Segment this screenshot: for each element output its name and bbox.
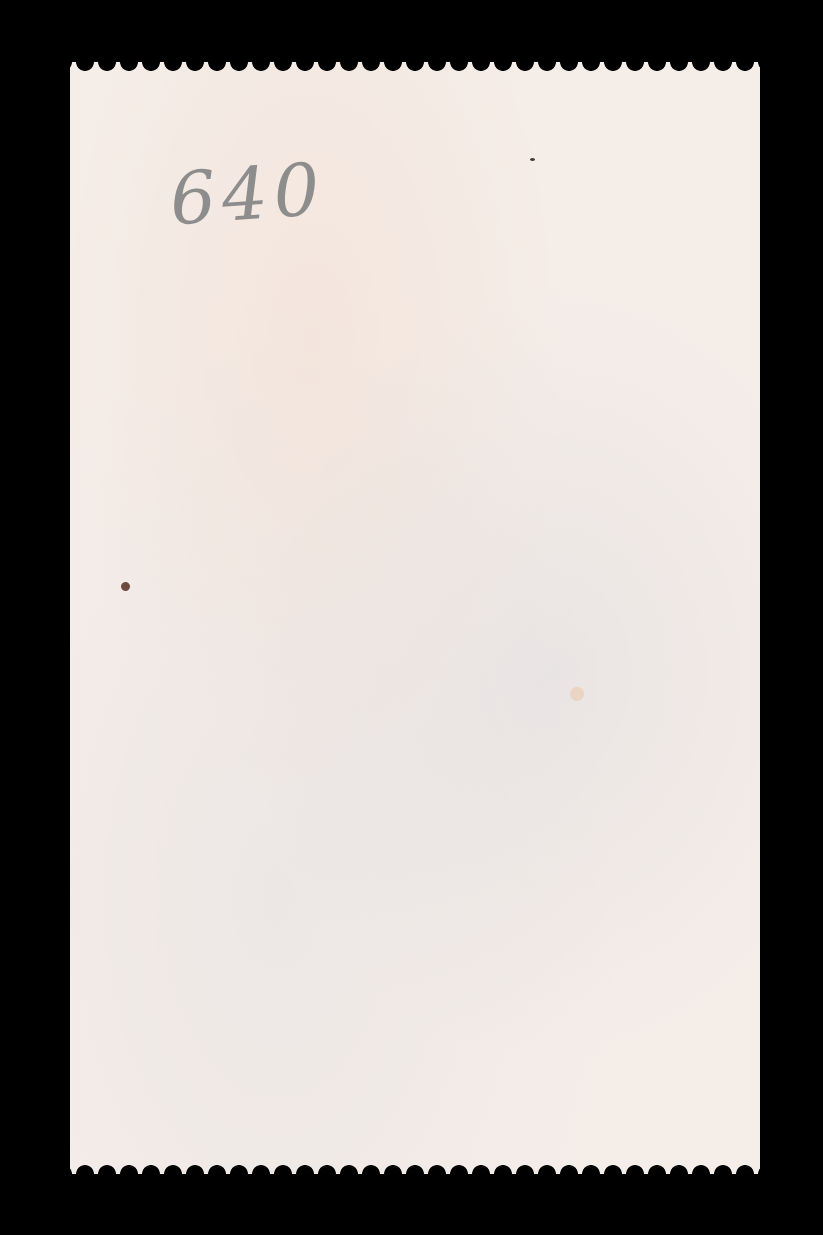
stain-spot <box>121 582 130 591</box>
stain-spot <box>570 687 584 701</box>
stamp-back: 640 <box>70 62 760 1174</box>
stamp-paper: 640 <box>70 62 760 1174</box>
stain-spot <box>530 158 535 161</box>
pencil-marking: 640 <box>167 147 328 242</box>
